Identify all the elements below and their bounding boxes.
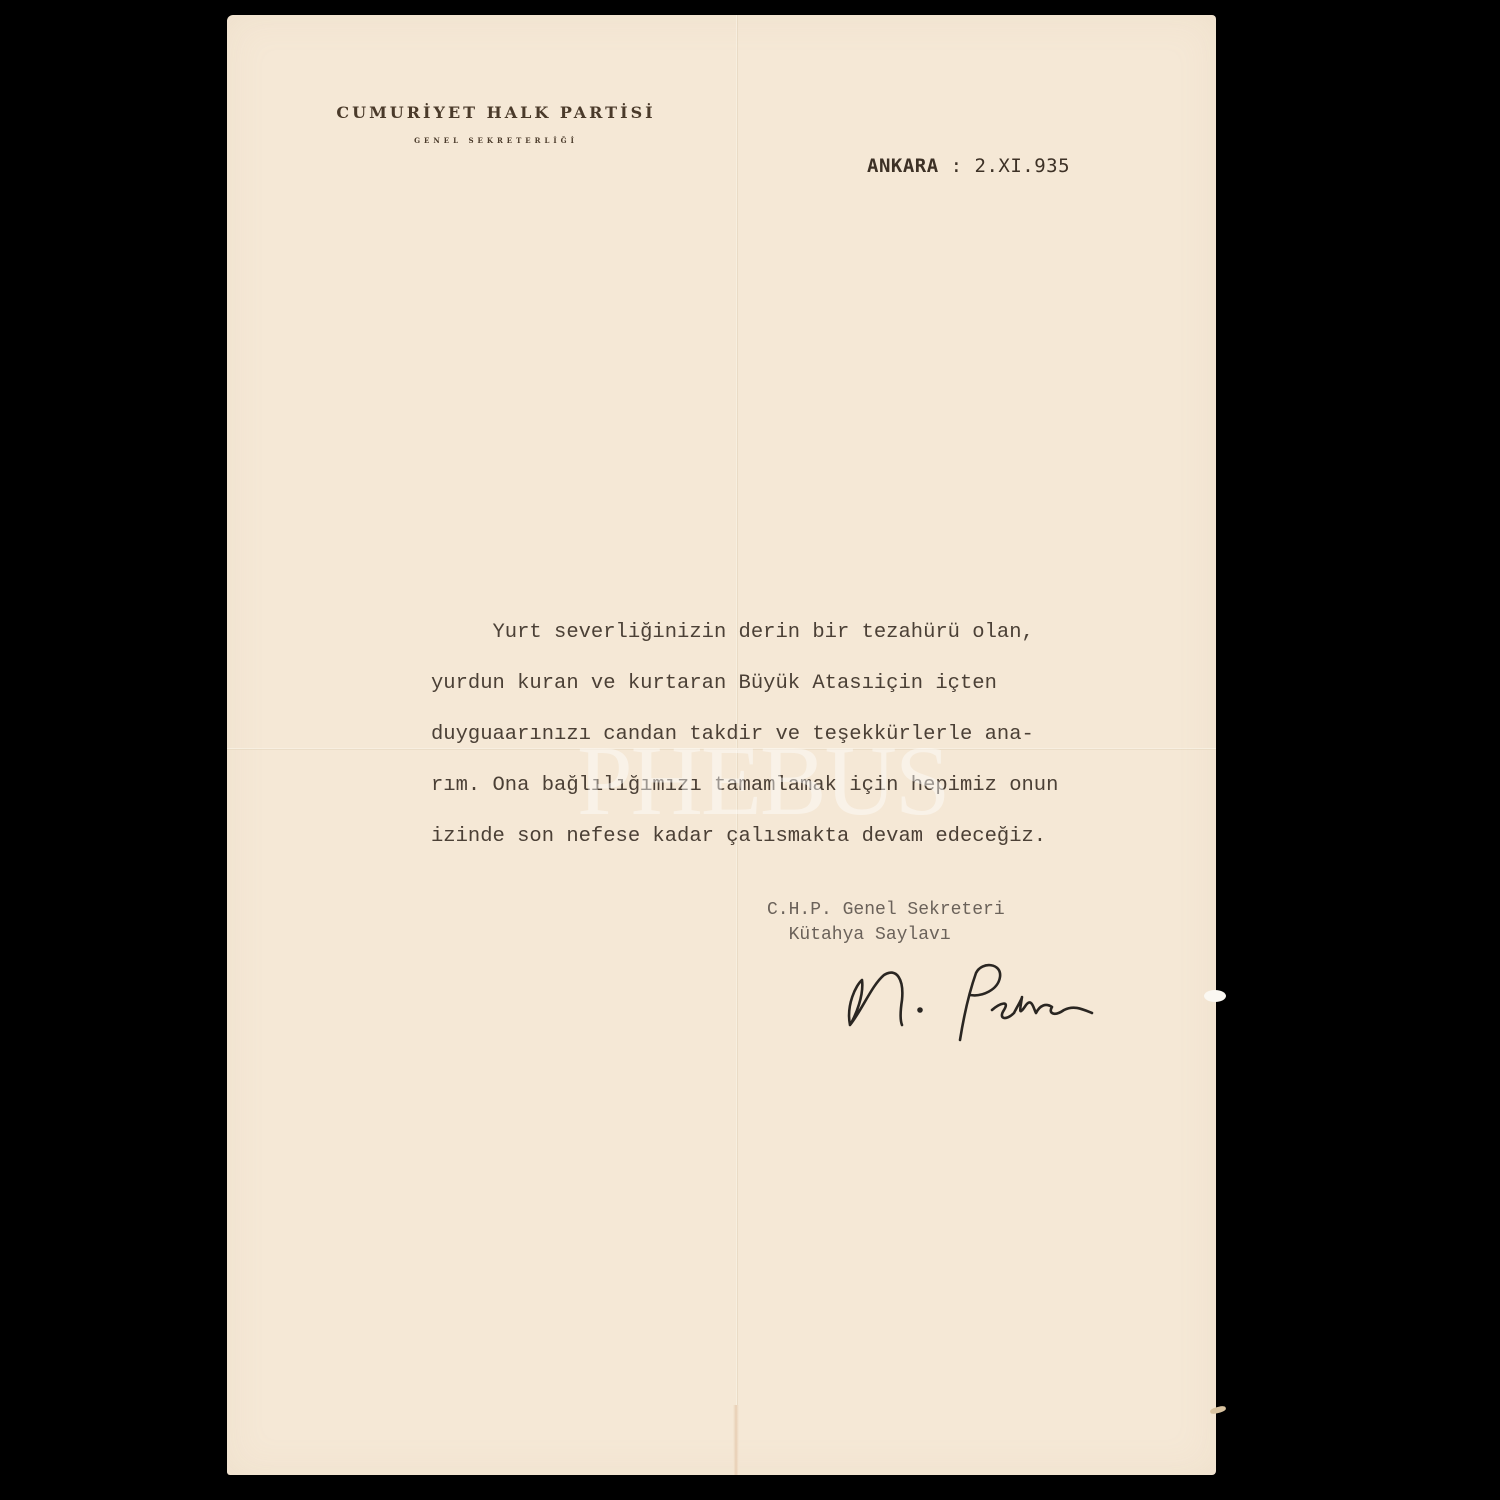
date-separator: : [951, 155, 963, 177]
letterhead-title: CUMURİYET HALK PARTİSİ [296, 103, 696, 122]
bottom-fold-tear [733, 1405, 739, 1475]
body-line: duyguaarınızı candan takdir ve teşekkürl… [431, 715, 1221, 766]
body-line: Yurt severliğinizin derin bir tezahürü o… [431, 613, 1221, 664]
signatory-title: C.H.P. Genel Sekreteri [767, 898, 1005, 923]
signature-block: C.H.P. Genel Sekreteri Kütahya Saylavı [767, 898, 1005, 948]
date-line: ANKARA : 2.XI.935 [867, 155, 1070, 177]
handwritten-signature: R. Peker [842, 955, 1112, 1060]
date-city: ANKARA [867, 155, 939, 177]
body-line: yurdun kuran ve kurtaran Büyük Atasıiçin… [431, 664, 1221, 715]
letter-body: Yurt severliğinizin derin bir tezahürü o… [431, 613, 1221, 868]
body-line: izinde son nefese kadar çalısmakta devam… [431, 817, 1221, 868]
body-line: rım. Ona bağlılığımızı tamamlamak için h… [431, 766, 1221, 817]
letterhead-subtitle: GENEL SEKRETERLİĞİ [296, 136, 696, 145]
date-value: 2.XI.935 [975, 155, 1071, 177]
edge-fiber [1209, 1405, 1226, 1415]
edge-tear [1204, 990, 1226, 1002]
signatory-office: Kütahya Saylavı [767, 923, 1005, 948]
letterhead: CUMURİYET HALK PARTİSİ GENEL SEKRETERLİĞ… [296, 103, 696, 145]
letter-paper: CUMURİYET HALK PARTİSİ GENEL SEKRETERLİĞ… [227, 15, 1216, 1475]
